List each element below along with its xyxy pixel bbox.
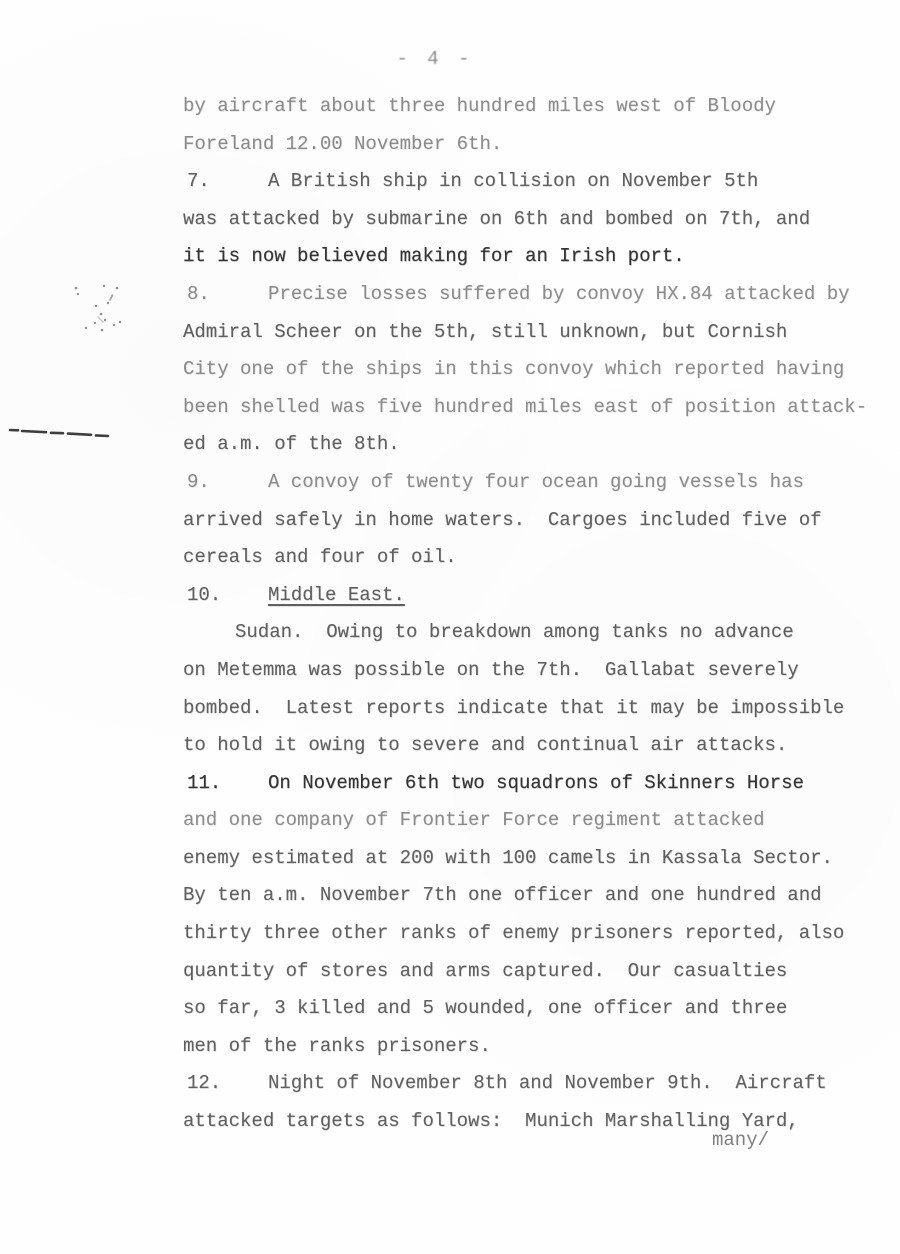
- line-text: Sudan. Owing to breakdown among tanks no…: [183, 614, 794, 652]
- document-line: by aircraft about three hundred miles we…: [183, 88, 848, 126]
- document-line: so far, 3 killed and 5 wounded, one offi…: [183, 990, 848, 1028]
- catchword: many/: [712, 1122, 769, 1160]
- paragraph-first-line: 9.A convoy of twenty four ocean going ve…: [183, 464, 848, 502]
- line-text: quantity of stores and arms captured. Ou…: [183, 953, 787, 991]
- document-line: By ten a.m. November 7th one officer and…: [183, 877, 848, 915]
- line-text: thirty three other ranks of enemy prison…: [183, 915, 844, 953]
- document-line: Sudan. Owing to breakdown among tanks no…: [183, 614, 848, 652]
- line-text: attacked targets as follows: Munich Mars…: [183, 1103, 799, 1141]
- document-line: quantity of stores and arms captured. Ou…: [183, 953, 848, 991]
- document-line: and one company of Frontier Force regime…: [183, 802, 848, 840]
- document-line: City one of the ships in this convoy whi…: [183, 351, 848, 389]
- paragraph-first-line: 7.A British ship in collision on Novembe…: [183, 163, 848, 201]
- line-text: bombed. Latest reports indicate that it …: [183, 690, 844, 728]
- paragraph-first-line: 8.Precise losses suffered by convoy HX.8…: [183, 276, 848, 314]
- line-text: Precise losses suffered by convoy HX.84 …: [183, 276, 850, 314]
- typewritten-text-block: by aircraft about three hundred miles we…: [183, 88, 848, 1141]
- line-text: By ten a.m. November 7th one officer and…: [183, 877, 822, 915]
- document-line: men of the ranks prisoners.: [183, 1028, 848, 1066]
- document-line: been shelled was five hundred miles east…: [183, 389, 848, 427]
- line-text: Night of November 8th and November 9th. …: [183, 1065, 827, 1103]
- line-text: on Metemma was possible on the 7th. Gall…: [183, 652, 799, 690]
- document-line: bombed. Latest reports indicate that it …: [183, 690, 848, 728]
- line-text: and one company of Frontier Force regime…: [183, 802, 765, 840]
- document-line: enemy estimated at 200 with 100 camels i…: [183, 840, 848, 878]
- line-text: enemy estimated at 200 with 100 camels i…: [183, 840, 833, 878]
- line-text: City one of the ships in this convoy whi…: [183, 351, 844, 389]
- section-heading: Middle East.: [183, 577, 405, 615]
- line-text: was attacked by submarine on 6th and bom…: [183, 201, 810, 239]
- line-text: men of the ranks prisoners.: [183, 1028, 491, 1066]
- pencil-dash-line-icon: [6, 424, 116, 442]
- document-line: it is now believed making for an Irish p…: [183, 238, 848, 276]
- line-text: ed a.m. of the 8th.: [183, 426, 400, 464]
- document-line: arrived safely in home waters. Cargoes i…: [183, 502, 848, 540]
- line-text: A British ship in collision on November …: [183, 163, 758, 201]
- paragraph-first-line: 11.On November 6th two squadrons of Skin…: [183, 765, 848, 803]
- document-line: to hold it owing to severe and continual…: [183, 727, 848, 765]
- document-line: on Metemma was possible on the 7th. Gall…: [183, 652, 848, 690]
- document-line: thirty three other ranks of enemy prison…: [183, 915, 848, 953]
- line-text: it is now believed making for an Irish p…: [183, 238, 685, 276]
- paragraph-first-line: 10.Middle East.: [183, 577, 848, 615]
- document-line: Foreland 12.00 November 6th.: [183, 126, 848, 164]
- paragraph-first-line: 12.Night of November 8th and November 9t…: [183, 1065, 848, 1103]
- pencil-scribble-icon: [62, 276, 132, 340]
- document-line: ed a.m. of the 8th.: [183, 426, 848, 464]
- line-text: Foreland 12.00 November 6th.: [183, 126, 502, 164]
- line-text: been shelled was five hundred miles east…: [183, 389, 867, 427]
- line-text: so far, 3 killed and 5 wounded, one offi…: [183, 990, 787, 1028]
- line-text: arrived safely in home waters. Cargoes i…: [183, 502, 822, 540]
- document-line: Admiral Scheer on the 5th, still unknown…: [183, 314, 848, 352]
- document-line: cereals and four of oil.: [183, 539, 848, 577]
- scanned-document-page: - 4 - by aircraft about: [0, 0, 900, 1254]
- line-text: by aircraft about three hundred miles we…: [183, 88, 776, 126]
- line-text: A convoy of twenty four ocean going vess…: [183, 464, 804, 502]
- line-text: On November 6th two squadrons of Skinner…: [183, 765, 804, 803]
- page-number: - 4 -: [390, 48, 480, 70]
- line-text: Admiral Scheer on the 5th, still unknown…: [183, 314, 787, 352]
- line-text: to hold it owing to severe and continual…: [183, 727, 787, 765]
- line-text: cereals and four of oil.: [183, 539, 457, 577]
- document-line: was attacked by submarine on 6th and bom…: [183, 201, 848, 239]
